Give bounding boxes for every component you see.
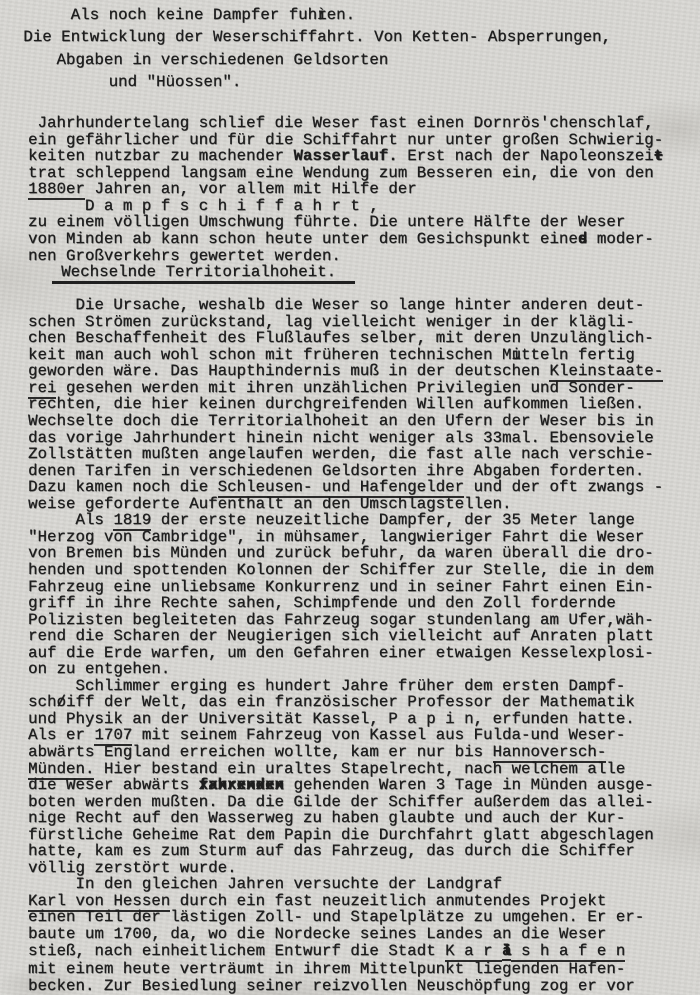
text-segment: Als noch keine Dampfer fuh [71, 6, 317, 24]
text-line: abwärts England erreichen wollte, kam er… [28, 744, 700, 761]
overstrike-mark: u [511, 347, 520, 364]
text-segment: rì [317, 4, 326, 26]
text-segment: o/ [56, 694, 65, 711]
text-segment: stieß, nach einheitlichem Entwurf die St… [28, 942, 445, 960]
text-segment: Wechselte doch die Territorialhoheit an … [28, 412, 654, 430]
text-segment: und "Hüossen". [109, 73, 242, 91]
text-segment: rend die Scharen der Neugierigen sich vi… [28, 627, 654, 645]
overstrike-mark: ì [317, 4, 326, 26]
text-line: auf die Erde warfen, um den Gefahren ein… [28, 645, 700, 662]
text-line: becken. Zur Besiedlung seiner reizvollen… [28, 978, 700, 995]
text-line: griff in ihre Rechte sahen, Schimpfende … [28, 595, 700, 612]
text-line: "Herzog von Cambridge", in mühsamer, lan… [28, 529, 700, 546]
text-segment: on zu entgehen. [28, 660, 170, 678]
text-segment: Erst nach der Napoleonszei [398, 147, 654, 165]
text-line: fürstliche Geheime Rat dem Papin die Dur… [28, 827, 700, 844]
text-line: henden und spottenden Kolonnen der Schif… [28, 562, 700, 579]
text-segment: K a r [445, 942, 502, 962]
text-line: geworden wäre. Das Haupthindernis muß in… [28, 363, 700, 380]
text-segment: griff in ihre Rechte sahen, Schimpfende … [28, 594, 616, 612]
text-segment: mit einem heute verträumt in ihrem Mitte… [28, 960, 625, 978]
text-line: Als er 1707 mit seinem Fahrzeug von Kass… [28, 727, 700, 744]
text-segment: nige Recht auf den Wasserweg zu haben gl… [28, 809, 625, 827]
text-segment: geworden wäre. Das Haupthindernis muß in… [28, 362, 549, 380]
text-segment: und der oft zwangs - [464, 478, 663, 496]
text-segment: D a m p f s c h i f f a h r t , [85, 197, 379, 215]
text-segment: mit seinem Fahrzeug von Kassel aus Fulda… [132, 726, 625, 744]
text-segment: Zollstätten mußten angelaufen werden, di… [28, 445, 654, 463]
text-line: Abgaben in verschiedenen Geldsorten [56, 49, 700, 71]
text-segment: Hier bestand ein uraltes Stapelrecht, na… [94, 760, 625, 778]
text-segment: henden und spottenden Kolonnen der Schif… [28, 561, 654, 579]
overstrike-mark: ä [502, 943, 511, 960]
text-line: die Weser abwärts fahrendenxxxxxxxxx geh… [28, 777, 700, 794]
text-segment: t+ [654, 148, 663, 165]
text-line: Zollstätten mußten angelaufen werden, di… [28, 446, 700, 463]
text-line: Als noch keine Dampfer fuhrìen. [71, 4, 700, 26]
text-segment: von Bremen bis Münden und zurück befuhr,… [28, 544, 654, 562]
text-line: trat schleppend langsam eine Wendung zum… [28, 165, 700, 182]
text-line: baute um 1700, da, wo die Nordecke seine… [28, 926, 700, 943]
text-line: Wechselte doch die Territorialhoheit an … [28, 413, 700, 430]
text-segment: Dazu kamen noch die [28, 478, 218, 496]
text-segment: der erste neuzeitliche Dampfer, der 35 M… [151, 511, 634, 529]
text-segment: durch ein fast neuzeitlich anmutendes Pr… [170, 892, 606, 910]
text-segment: fahrendenxxxxxxxxx [199, 777, 284, 794]
text-segment: In den gleichen Jahren versuchte der Lan… [75, 875, 502, 893]
text-line: und "Hüossen". [109, 71, 700, 93]
text-segment: keiten nutzbar zu machender [28, 147, 293, 165]
text-segment: gehenden Waren 3 Tage in Münden ausge- [284, 776, 654, 794]
text-segment: rechten, die hier keinen durchgreifenden… [28, 395, 644, 413]
text-line: rend die Scharen der Neugierigen sich vi… [28, 628, 700, 645]
text-line: ein gefährlicher und für die Schiffahrt … [28, 132, 700, 149]
text-segment: Wechselnde Territorialhoheit. [52, 263, 355, 284]
text-segment: zu einem völligen Umschwung führte. Die … [28, 213, 625, 231]
text-segment: denen Tarifen in verschiedenen Geldsorte… [28, 462, 644, 480]
overstrike-mark: s [578, 231, 587, 248]
text-line: Münden. Hier bestand ein uraltes Stapelr… [28, 761, 700, 778]
text-segment: becken. Zur Besiedlung seiner reizvollen… [28, 977, 635, 995]
text-segment: von Minden ab kann schon heute unter dem… [28, 230, 578, 248]
text-line: rei gesehen werden mit ihren unzählichen… [28, 380, 700, 397]
text-line: weise geforderte Aufenthalt an den Umsch… [28, 496, 700, 513]
text-segment: baute um 1700, da, wo die Nordecke seine… [28, 925, 606, 943]
text-line: Die Ursache, weshalb die Weser so lange … [75, 297, 700, 314]
text-segment: schen Strömen zurückstand, lag vielleich… [28, 313, 635, 331]
text-segment: und Physik an der Universität Kassel, P … [28, 710, 635, 728]
text-line: von Minden ab kann schon heute unter dem… [28, 231, 700, 248]
text-segment: Polizisten begleiteten das Fahrzeug soga… [28, 611, 654, 629]
text-segment: Als er [28, 726, 94, 744]
text-segment: abwärts England erreichen wollte, kam er… [28, 743, 493, 761]
text-segment: einen Teil der lästigen Zoll- und Stapel… [28, 908, 644, 926]
text-segment: Jahren an, vor allem mit Hilfe der [85, 180, 417, 198]
text-segment: lä [502, 943, 511, 962]
text-segment: ein gefährlicher und für die Schiffahrt … [28, 131, 663, 149]
text-line: Dazu kamen noch die Schleusen- und Hafen… [28, 479, 700, 496]
overstrike-mark: + [654, 148, 663, 165]
text-line: Als 1819 der erste neuzeitliche Dampfer,… [75, 512, 700, 529]
text-line: Jahrhundertelang schlief die Weser fast … [37, 115, 700, 132]
text-segment: en. [327, 6, 355, 24]
text-segment: Jahrhundertelang schlief die Weser fast … [37, 114, 653, 132]
document-body: Jahrhundertelang schlief die Weser fast … [28, 115, 700, 994]
text-line: nen Großverkehrs gewertet werden. [28, 248, 700, 265]
text-segment: das vorige Jahrhundert hinein nicht weni… [28, 429, 654, 447]
text-line: und Physik an der Universität Kassel, P … [28, 711, 700, 728]
text-segment: Die Ursache, weshalb die Weser so lange … [75, 296, 644, 314]
text-line: von Bremen bis Münden und zurück befuhr,… [28, 545, 700, 562]
text-line: mit einem heute verträumt in ihrem Mitte… [28, 961, 700, 978]
text-line: Polizisten begleiteten das Fahrzeug soga… [28, 612, 700, 629]
text-segment: hatte, kam es zum Sturm auf das Fahrzeug… [28, 842, 635, 860]
text-segment: s h a f e n [511, 942, 625, 962]
text-line: rechten, die hier keinen durchgreifenden… [28, 396, 700, 413]
text-segment: 1880er [28, 180, 85, 200]
text-line: scho/iff der Welt, das ein französischer… [28, 694, 700, 711]
text-line: denen Tarifen in verschiedenen Geldsorte… [28, 463, 700, 480]
text-line: Karl von Hessen durch ein fast neuzeitli… [28, 893, 700, 910]
text-line: das vorige Jahrhundert hinein nicht weni… [28, 430, 700, 447]
text-line: boten werden mußten. Da die Gilde der Sc… [28, 794, 700, 811]
text-segment: die Weser abwärts [28, 776, 199, 794]
text-segment: Wasserlauf. [293, 147, 397, 165]
text-line: völlig zerstört wurde. [28, 860, 700, 877]
text-segment: keit man auch wohl schon mit früheren te… [28, 346, 511, 364]
text-segment: chen Beschaffenheit des Flußlaufes selbe… [28, 329, 654, 347]
text-line: einen Teil der lästigen Zoll- und Stapel… [28, 909, 700, 926]
text-segment: gesehen werden mit ihren unzählichen Pri… [56, 379, 634, 397]
overstrike-mark: xxxxxxxxx [199, 777, 284, 794]
text-segment: iu [511, 347, 520, 364]
text-line: 1880er Jahren an, vor allem mit Hilfe de… [28, 181, 700, 198]
text-line: In den gleichen Jahren versuchte der Lan… [75, 876, 700, 893]
text-line: keiten nutzbar zu machender Wasserlauf. … [28, 148, 700, 165]
typewritten-page: Als noch keine Dampfer fuhrìen.Die Entwi… [0, 0, 700, 995]
text-segment: "Herzog von Cambridge", in mühsamer, lan… [28, 528, 644, 546]
text-segment: iff der Welt, das ein französischer Prof… [66, 693, 635, 711]
text-line: chen Beschaffenheit des Flußlaufes selbe… [28, 330, 700, 347]
text-line: stieß, nach einheitlichem Entwurf die St… [28, 943, 700, 962]
text-segment: tteln fertig [521, 346, 635, 364]
text-segment: Als [75, 511, 113, 529]
text-segment: auf die Erde warfen, um den Gefahren ein… [28, 644, 654, 662]
text-line: D a m p f s c h i f f a h r t , [85, 198, 700, 215]
overstrike-mark: / [56, 694, 65, 711]
text-segment: völlig zerstört wurde. [28, 859, 237, 877]
text-line: Schlimmer erging es hundert Jahre früher… [75, 678, 700, 695]
text-line: on zu entgehen. [28, 661, 700, 678]
text-line: hatte, kam es zum Sturm auf das Fahrzeug… [28, 843, 700, 860]
text-segment: moder- [587, 230, 653, 248]
text-line: Wechselnde Territorialhoheit. [52, 264, 700, 281]
text-line: keit man auch wohl schon mit früheren te… [28, 347, 700, 364]
text-segment: boten werden mußten. Da die Gilde der Sc… [28, 793, 654, 811]
text-line: Fahrzeug eine unliebsame Konkurrenz und … [28, 579, 700, 596]
text-segment: Abgaben in verschiedenen Geldsorten [56, 51, 388, 69]
text-line: zu einem völligen Umschwung führte. Die … [28, 214, 700, 231]
text-segment: fürstliche Geheime Rat dem Papin die Dur… [28, 826, 654, 844]
text-line: Die Entwicklung der Weserschiffahrt. Von… [23, 26, 700, 48]
text-line: nige Recht auf den Wasserweg zu haben gl… [28, 810, 700, 827]
text-segment: Fahrzeug eine unliebsame Konkurrenz und … [28, 578, 654, 596]
document-title: Als noch keine Dampfer fuhrìen.Die Entwi… [28, 0, 700, 93]
text-segment: sch [28, 693, 56, 711]
text-segment: trat schleppend langsam eine Wendung zum… [28, 164, 654, 182]
text-line: schen Strömen zurückstand, lag vielleich… [28, 314, 700, 331]
text-segment: Die Entwicklung der Weserschiffahrt. Von… [23, 28, 611, 46]
text-segment: nen Großverkehrs gewertet werden. [28, 247, 341, 265]
text-segment: Schlimmer erging es hundert Jahre früher… [75, 677, 625, 695]
text-segment: weise geforderte Aufenthalt an den Umsch… [28, 495, 511, 513]
text-segment: ds [578, 231, 587, 248]
